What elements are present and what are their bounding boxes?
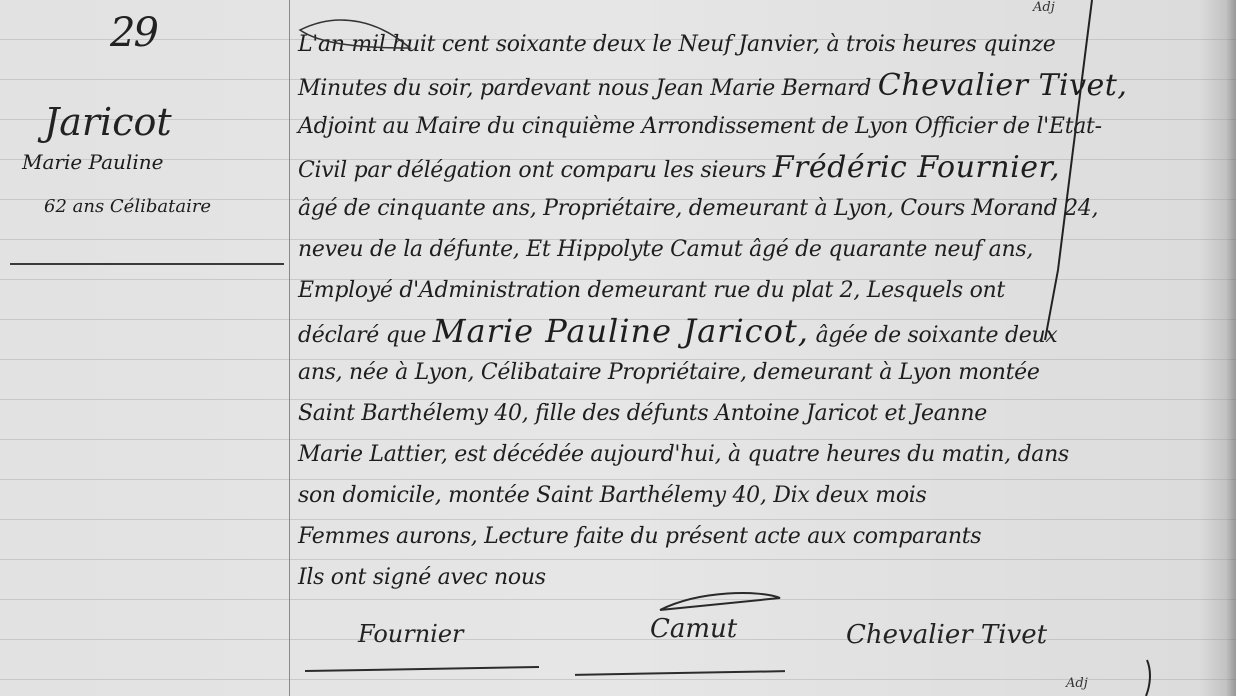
deceased-given-names: Marie Pauline	[22, 150, 163, 174]
act-number: 29	[110, 10, 157, 56]
margin-rule-line	[289, 0, 290, 696]
officer-name: Chevalier Tivet,	[878, 68, 1128, 103]
body-line-13: Femmes aurons, Lecture faite du présent …	[298, 516, 1218, 557]
body-line-10: Saint Barthélemy 40, fille des défunts A…	[298, 393, 1218, 434]
body-line-7: Employé d'Administration demeurant rue d…	[298, 270, 1218, 311]
signature-underline-1	[305, 666, 539, 672]
body-line-12: son domicile, montée Saint Barthélemy 40…	[298, 475, 1218, 516]
witness-name: Frédéric Fournier,	[773, 150, 1060, 185]
body-line-3: Adjoint au Maire du cinquième Arrondisse…	[298, 106, 1218, 147]
body-line-5: âgé de cinquante ans, Propriétaire, deme…	[298, 188, 1218, 229]
body-line-9: ans, née à Lyon, Célibataire Propriétair…	[298, 352, 1218, 393]
body-line-2: Minutes du soir, pardevant nous Jean Mar…	[298, 65, 1218, 106]
signatures-row: Fournier Camut Chevalier Tivet	[0, 620, 1236, 680]
signature-chevalier-tivet: Chevalier Tivet	[846, 620, 1047, 650]
body-line-1: L'an mil huit cent soixante deux le Neuf…	[298, 24, 1218, 65]
bottom-annotation: Adj	[1066, 676, 1088, 691]
body-line-11: Marie Lattier, est décédée aujourd'hui, …	[298, 434, 1218, 475]
register-page: 29 Jaricot Marie Pauline 62 ans Célibata…	[0, 0, 1236, 696]
signature-camut: Camut	[650, 614, 737, 644]
body-line-8: déclaré que Marie Pauline Jaricot, âgée …	[298, 311, 1218, 352]
deceased-surname: Jaricot	[44, 100, 172, 144]
deceased-age-status: 62 ans Célibataire	[44, 196, 211, 217]
body-line-4: Civil par délégation ont comparu les sie…	[298, 147, 1218, 188]
body-line-6: neveu de la défunte, Et Hippolyte Camut …	[298, 229, 1218, 270]
signature-underline-2	[575, 670, 785, 676]
signature-fournier: Fournier	[358, 620, 464, 648]
deceased-full-name: Marie Pauline Jaricot,	[433, 312, 809, 350]
top-annotation: Adj	[1033, 0, 1055, 15]
margin-divider	[10, 263, 284, 265]
margin-column: 29 Jaricot Marie Pauline 62 ans Célibata…	[0, 0, 289, 696]
body-line-14: Ils ont signé avec nous	[298, 557, 1218, 598]
act-body: L'an mil huit cent soixante deux le Neuf…	[298, 24, 1218, 598]
